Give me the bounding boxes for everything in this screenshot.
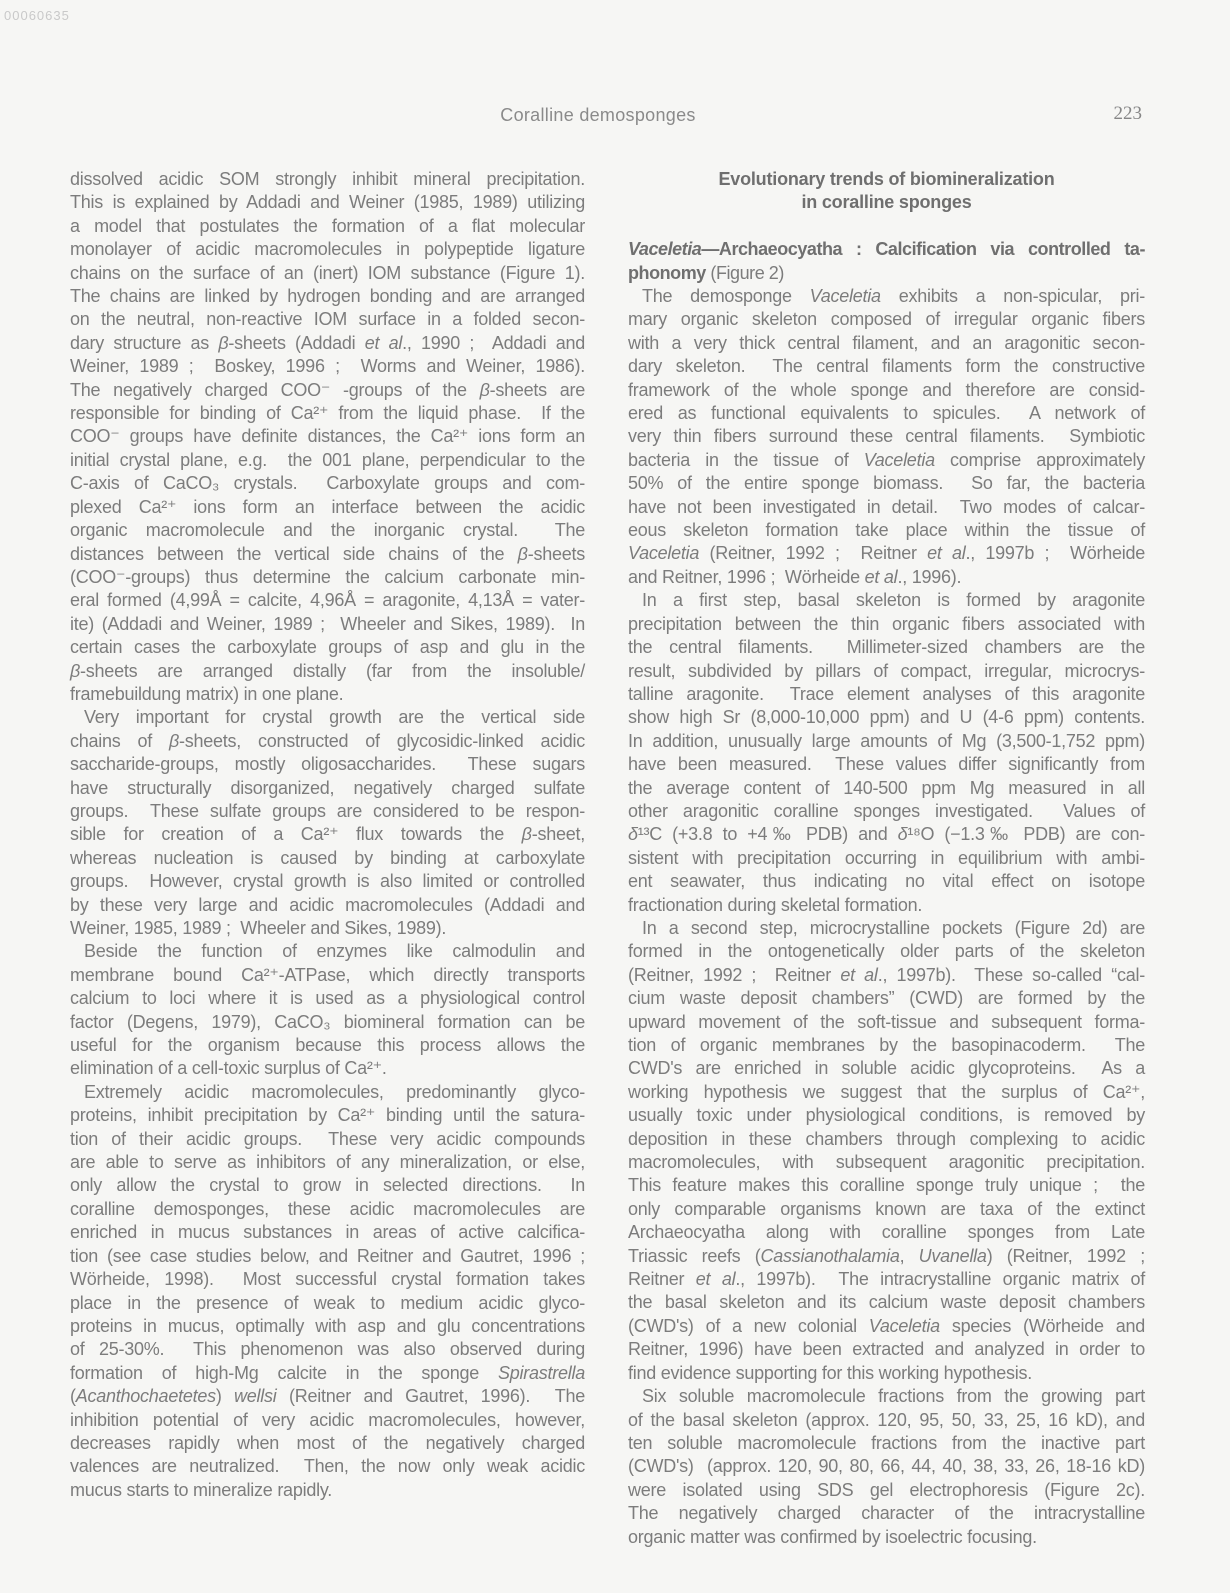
paragraph: In a second step, microcrystalline pocke… bbox=[628, 917, 1145, 1385]
text-line: and Reitner, 1996 ; Wörheide et al., 199… bbox=[628, 566, 1145, 589]
text-line: The negatively charged COO⁻ -groups of t… bbox=[70, 379, 585, 402]
text-line: membrane bound Ca²⁺-ATPase, which direct… bbox=[70, 964, 585, 987]
text-line: of 25-30%. This phenomenon was also obse… bbox=[70, 1338, 585, 1361]
text-line: show high Sr (8,000-10,000 ppm) and U (4… bbox=[628, 706, 1145, 729]
paragraph: Extremely acidic macromolecules, predomi… bbox=[70, 1081, 585, 1502]
text-line: Weiner, 1989 ; Boskey, 1996 ; Worms and … bbox=[70, 355, 585, 378]
running-head-title: Coralline demosponges bbox=[0, 105, 1196, 126]
text-line: of the basal skeleton (approx. 120, 95, … bbox=[628, 1409, 1145, 1432]
section-heading-line2: in coralline sponges bbox=[628, 191, 1145, 214]
text-line: factor (Degens, 1979), CaCO₃ biomineral … bbox=[70, 1011, 585, 1034]
text-line: formed in the ontogenetically older part… bbox=[628, 940, 1145, 963]
text-line: on the neutral, non-reactive IOM surface… bbox=[70, 308, 585, 331]
text-line: with a very thick central filament, and … bbox=[628, 332, 1145, 355]
text-line: In a first step, basal skeleton is forme… bbox=[628, 589, 1145, 612]
text-line: macromolecules, with subsequent aragonit… bbox=[628, 1151, 1145, 1174]
text-line: enriched in mucus substances in areas of… bbox=[70, 1221, 585, 1244]
paragraph: The demosponge Vaceletia exhibits a non-… bbox=[628, 285, 1145, 589]
text-line: usually toxic under physiological condit… bbox=[628, 1104, 1145, 1127]
text-line: Beside the function of enzymes like calm… bbox=[70, 940, 585, 963]
text-line: inhibition potential of very acidic macr… bbox=[70, 1409, 585, 1432]
section-heading-line1: Evolutionary trends of biomineralization bbox=[628, 168, 1145, 191]
text-line: are able to serve as inhibitors of any m… bbox=[70, 1151, 585, 1174]
text-line: (CWD's) of a new colonial Vaceletia spec… bbox=[628, 1315, 1145, 1338]
text-line: The chains are linked by hydrogen bondin… bbox=[70, 285, 585, 308]
text-line: by these very large and acidic macromole… bbox=[70, 894, 585, 917]
text-line: tion of their acidic groups. These very … bbox=[70, 1128, 585, 1151]
text-line: decreases rapidly when most of the negat… bbox=[70, 1432, 585, 1455]
text-line: plexed Ca²⁺ ions form an interface betwe… bbox=[70, 496, 585, 519]
text-line: responsible for binding of Ca²⁺ from the… bbox=[70, 402, 585, 425]
paragraph: In a first step, basal skeleton is forme… bbox=[628, 589, 1145, 917]
text-line: a model that postulates the formation of… bbox=[70, 215, 585, 238]
text-line: Six soluble macromolecule fractions from… bbox=[628, 1385, 1145, 1408]
text-line: have not been investigated in detail. Tw… bbox=[628, 496, 1145, 519]
text-line: framebuildung matrix) in one plane. bbox=[70, 683, 585, 706]
text-line: framework of the whole sponge and theref… bbox=[628, 379, 1145, 402]
text-line: result, subdivided by pillars of compact… bbox=[628, 660, 1145, 683]
text-line: (Acanthochaetetes) wellsi (Reitner and G… bbox=[70, 1385, 585, 1408]
text-line: the average content of 140-500 ppm Mg me… bbox=[628, 777, 1145, 800]
text-line: elimination of a cell-toxic surplus of C… bbox=[70, 1057, 585, 1080]
text-line: (CWD's) (approx. 120, 90, 80, 66, 44, 40… bbox=[628, 1455, 1145, 1478]
text-line: chains on the surface of an (inert) IOM … bbox=[70, 262, 585, 285]
text-line: sistent with precipitation occurring in … bbox=[628, 847, 1145, 870]
text-line: coralline demosponges, these acidic macr… bbox=[70, 1198, 585, 1221]
text-line: very thin fibers surround these central … bbox=[628, 425, 1145, 448]
text-line: Extremely acidic macromolecules, predomi… bbox=[70, 1081, 585, 1104]
text-line: groups. However, crystal growth is also … bbox=[70, 870, 585, 893]
paragraph: Very important for crystal growth are th… bbox=[70, 706, 585, 940]
text-line: calcium to loci where it is used as a ph… bbox=[70, 987, 585, 1010]
text-line: δ¹³C (+3.8 to +4‰ PDB) and δ¹⁸O (−1.3‰ P… bbox=[628, 823, 1145, 846]
paragraph: Beside the function of enzymes like calm… bbox=[70, 940, 585, 1080]
text-line: ten soluble macromolecule fractions from… bbox=[628, 1432, 1145, 1455]
text-line: This feature makes this coralline sponge… bbox=[628, 1174, 1145, 1197]
text-line: Very important for crystal growth are th… bbox=[70, 706, 585, 729]
text-line: eral formed (4,99Å = calcite, 4,96Å = ar… bbox=[70, 589, 585, 612]
text-line: proteins in mucus, optimally with asp an… bbox=[70, 1315, 585, 1338]
section-subheading-line1: Vaceletia—Archaeocyatha : Calcification … bbox=[628, 238, 1145, 261]
text-line: were isolated using SDS gel electrophore… bbox=[628, 1479, 1145, 1502]
section-heading: Evolutionary trends of biomineralization… bbox=[628, 168, 1145, 215]
text-line: Wörheide, 1998). Most successful crystal… bbox=[70, 1268, 585, 1291]
page-number: 223 bbox=[1114, 103, 1143, 125]
text-line: Archaeocyatha along with coralline spong… bbox=[628, 1221, 1145, 1244]
text-line: mucus starts to mineralize rapidly. bbox=[70, 1479, 585, 1502]
text-line: COO⁻ groups have definite distances, the… bbox=[70, 425, 585, 448]
text-line: dary structure as β-sheets (Addadi et al… bbox=[70, 332, 585, 355]
text-line: distances between the vertical side chai… bbox=[70, 543, 585, 566]
text-line: CWD's are enriched in soluble acidic gly… bbox=[628, 1057, 1145, 1080]
text-line: mary organic skeleton composed of irregu… bbox=[628, 308, 1145, 331]
text-line: fractionation during skeletal formation. bbox=[628, 894, 1145, 917]
text-line: sible for creation of a Ca²⁺ flux toward… bbox=[70, 823, 585, 846]
text-line: dissolved acidic SOM strongly inhibit mi… bbox=[70, 168, 585, 191]
text-line: dary skeleton. The central filaments for… bbox=[628, 355, 1145, 378]
text-line: only comparable organisms known are taxa… bbox=[628, 1198, 1145, 1221]
text-line: Vaceletia (Reitner, 1992 ; Reitner et al… bbox=[628, 542, 1145, 565]
text-line: groups. These sulfate groups are conside… bbox=[70, 800, 585, 823]
text-line: The demosponge Vaceletia exhibits a non-… bbox=[628, 285, 1145, 308]
text-line: other aragonitic coralline sponges inves… bbox=[628, 800, 1145, 823]
text-line: deposition in these chambers through com… bbox=[628, 1128, 1145, 1151]
text-line: precipitation between the thin organic f… bbox=[628, 613, 1145, 636]
text-line: have been measured. These values differ … bbox=[628, 753, 1145, 776]
text-line: In addition, unusually large amounts of … bbox=[628, 730, 1145, 753]
text-line: Reitner et al., 1997b). The intracrystal… bbox=[628, 1268, 1145, 1291]
paragraph: Six soluble macromolecule fractions from… bbox=[628, 1385, 1145, 1549]
text-line: tion (see case studies below, and Reitne… bbox=[70, 1245, 585, 1268]
text-line: the basal skeleton and its calcium waste… bbox=[628, 1291, 1145, 1314]
text-line: (COO⁻-groups) thus determine the calcium… bbox=[70, 566, 585, 589]
text-line: place in the presence of weak to medium … bbox=[70, 1292, 585, 1315]
text-line: Triassic reefs (Cassianothalamia, Uvanel… bbox=[628, 1245, 1145, 1268]
text-line: have structurally disorganized, negative… bbox=[70, 777, 585, 800]
right-column: Evolutionary trends of biomineralization… bbox=[628, 168, 1145, 1549]
text-line: tion of organic membranes by the basopin… bbox=[628, 1034, 1145, 1057]
text-line: upward movement of the soft-tissue and s… bbox=[628, 1011, 1145, 1034]
right-column-paragraphs: The demosponge Vaceletia exhibits a non-… bbox=[628, 285, 1145, 1549]
text-line: find evidence supporting for this workin… bbox=[628, 1362, 1145, 1385]
text-line: valences are neutralized. Then, the now … bbox=[70, 1455, 585, 1478]
text-line: saccharide-groups, mostly oligosaccharid… bbox=[70, 753, 585, 776]
text-line: organic macromolecule and the inorganic … bbox=[70, 519, 585, 542]
text-line: whereas nucleation is caused by binding … bbox=[70, 847, 585, 870]
text-line: only allow the crystal to grow in select… bbox=[70, 1174, 585, 1197]
text-line: Weiner, 1985, 1989 ; Wheeler and Sikes, … bbox=[70, 917, 585, 940]
text-line: In a second step, microcrystalline pocke… bbox=[628, 917, 1145, 940]
text-line: the central filaments. Millimeter-sized … bbox=[628, 636, 1145, 659]
text-line: Reitner, 1996) have been extracted and a… bbox=[628, 1338, 1145, 1361]
section-subheading-line2: phonomy (Figure 2) bbox=[628, 262, 1145, 285]
text-line: ent seawater, thus indicating no vital e… bbox=[628, 870, 1145, 893]
text-line: formation of high-Mg calcite in the spon… bbox=[70, 1362, 585, 1385]
text-line: C-axis of CaCO₃ crystals. Carboxylate gr… bbox=[70, 472, 585, 495]
section-subheading: Vaceletia—Archaeocyatha : Calcification … bbox=[628, 238, 1145, 285]
text-line: organic matter was confirmed by isoelect… bbox=[628, 1526, 1145, 1549]
text-line: ite) (Addadi and Weiner, 1989 ; Wheeler … bbox=[70, 613, 585, 636]
text-line: useful for the organism because this pro… bbox=[70, 1034, 585, 1057]
text-line: chains of β-sheets, constructed of glyco… bbox=[70, 730, 585, 753]
text-line: initial crystal plane, e.g. the 001 plan… bbox=[70, 449, 585, 472]
heading-spacer bbox=[628, 215, 1145, 238]
text-line: certain cases the carboxylate groups of … bbox=[70, 636, 585, 659]
text-line: 50% of the entire sponge biomass. So far… bbox=[628, 472, 1145, 495]
text-line: cium waste deposit chambers” (CWD) are f… bbox=[628, 987, 1145, 1010]
text-line: working hypothesis we suggest that the s… bbox=[628, 1081, 1145, 1104]
text-line: (Reitner, 1992 ; Reitner et al., 1997b).… bbox=[628, 964, 1145, 987]
subheading-normal-part: (Figure 2) bbox=[706, 263, 784, 283]
paragraph: dissolved acidic SOM strongly inhibit mi… bbox=[70, 168, 585, 706]
text-line: eous skeleton formation take place withi… bbox=[628, 519, 1145, 542]
scanned-paper-page: 00060635 Coralline demosponges 223 disso… bbox=[0, 0, 1230, 1593]
left-column: dissolved acidic SOM strongly inhibit mi… bbox=[70, 168, 585, 1502]
text-line: proteins, inhibit precipitation by Ca²⁺ … bbox=[70, 1104, 585, 1127]
text-line: monolayer of acidic macromolecules in po… bbox=[70, 238, 585, 261]
text-line: bacteria in the tissue of Vaceletia comp… bbox=[628, 449, 1145, 472]
text-line: This is explained by Addadi and Weiner (… bbox=[70, 191, 585, 214]
text-line: β-sheets are arranged distally (far from… bbox=[70, 660, 585, 683]
text-line: The negatively charged character of the … bbox=[628, 1502, 1145, 1525]
text-line: talline aragonite. Trace element analyse… bbox=[628, 683, 1145, 706]
subheading-bold-part: phonomy bbox=[628, 263, 706, 283]
scan-stamp-number: 00060635 bbox=[4, 8, 70, 23]
text-line: ered as functional equivalents to spicul… bbox=[628, 402, 1145, 425]
